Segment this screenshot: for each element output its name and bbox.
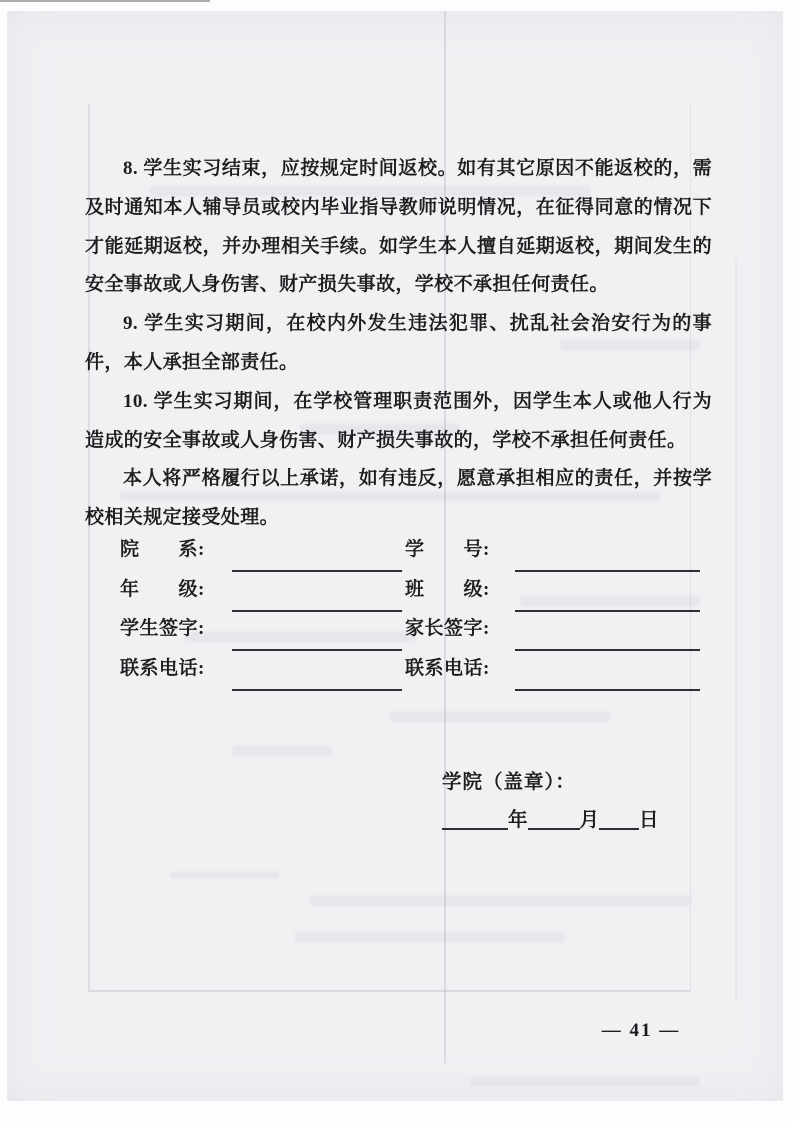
class-field-label: 班 级:	[405, 574, 515, 601]
grade-field-label: 年 级:	[120, 574, 232, 601]
parent-phone-fill-line	[515, 688, 700, 691]
form-row-grade-class: 年 级: 班 级:	[120, 574, 702, 604]
student-id-fill-line	[515, 569, 700, 572]
college-seal-label: 学院（盖章）：	[442, 766, 576, 794]
scan-edge-artifact	[0, 0, 210, 2]
department-fill-line	[232, 569, 402, 572]
year-label: 年	[508, 810, 528, 831]
signature-form: 院 系: 学 号: 年 级: 班 级: 学生签字: 家长签字: 联系电话: 联系…	[120, 534, 702, 692]
clause-8: 8. 学生实习结束，应按规定时间返校。如有其它原因不能返校的，需及时通知本人辅导…	[85, 150, 712, 305]
student-signature-field-label: 学生签字:	[120, 613, 232, 640]
month-label: 月	[580, 810, 600, 831]
year-fill-line	[442, 806, 508, 830]
clause-9: 9. 学生实习期间，在校内外发生违法犯罪、扰乱社会治安行为的事件，本人承担全部责…	[85, 305, 712, 383]
student-phone-fill-line	[232, 688, 402, 691]
date-line: 年月日	[442, 804, 659, 832]
grade-fill-line	[232, 609, 402, 612]
form-row-phones: 联系电话: 联系电话:	[120, 653, 702, 683]
page-number: — 41 —	[566, 1020, 716, 1042]
student-phone-field-label: 联系电话:	[120, 653, 232, 680]
parent-signature-fill-line	[515, 648, 700, 651]
day-label: 日	[639, 810, 659, 831]
month-fill-line	[528, 806, 580, 830]
student-id-field-label: 学 号:	[405, 534, 515, 561]
student-signature-fill-line	[232, 648, 402, 651]
parent-signature-field-label: 家长签字:	[405, 613, 515, 640]
pledge-paragraph: 本人将严格履行以上承诺，如有违反，愿意承担相应的责任，并按学校相关规定接受处理。	[85, 460, 712, 538]
day-fill-line	[599, 806, 639, 830]
clause-10: 10. 学生实习期间，在学校管理职责范围外，因学生本人或他人行为造成的安全事故或…	[85, 383, 712, 461]
form-row-signatures: 学生签字: 家长签字:	[120, 613, 702, 643]
parent-phone-field-label: 联系电话:	[405, 653, 515, 680]
scanned-document-page: 8. 学生实习结束，应按规定时间返校。如有其它原因不能返校的，需及时通知本人辅导…	[0, 0, 794, 1122]
class-fill-line	[515, 609, 700, 612]
form-row-department-studentid: 院 系: 学 号:	[120, 534, 702, 564]
document-body: 8. 学生实习结束，应按规定时间返校。如有其它原因不能返校的，需及时通知本人辅导…	[85, 150, 712, 538]
department-field-label: 院 系:	[120, 534, 232, 561]
